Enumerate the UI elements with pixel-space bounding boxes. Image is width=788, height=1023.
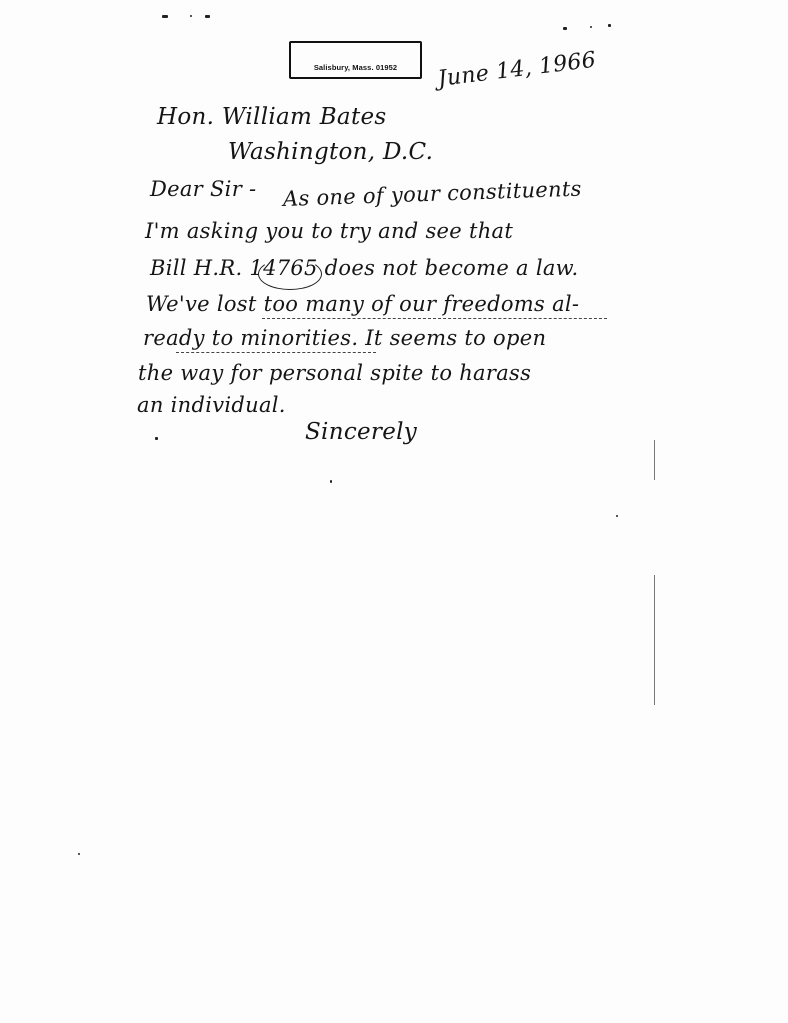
scan-fold-line: [654, 575, 655, 705]
scan-mark: [190, 15, 192, 17]
minorities-underline: [176, 352, 376, 353]
letter-date: June 14, 1966: [436, 48, 597, 92]
body-line: As one of your constituents: [283, 177, 582, 211]
return-address-stamp: Salisbury, Mass. 01952: [289, 41, 422, 79]
scan-fold-line: [654, 440, 655, 480]
bill-number-circle: [258, 258, 322, 290]
salutation: Dear Sir -: [150, 177, 256, 201]
stamp-text: Salisbury, Mass. 01952: [291, 63, 420, 72]
recipient-location: Washington, D.C.: [228, 139, 433, 165]
scan-mark: [155, 437, 158, 440]
body-line: an individual.: [137, 393, 286, 417]
scan-mark: [616, 515, 618, 517]
scan-mark: [330, 480, 332, 483]
body-line: ready to minorities. It seems to open: [143, 326, 546, 350]
letter-page: Salisbury, Mass. 01952 June 14, 1966 Hon…: [0, 0, 788, 1023]
freedoms-underline: [262, 318, 607, 319]
closing: Sincerely: [305, 419, 417, 445]
body-line: Bill H.R. 14765 does not become a law.: [150, 256, 578, 280]
body-line: I'm asking you to try and see that: [145, 219, 513, 243]
recipient-name: Hon. William Bates: [157, 104, 387, 130]
scan-mark: [590, 26, 592, 28]
scan-mark: [608, 24, 611, 27]
scan-mark: [162, 15, 168, 18]
scan-mark: [563, 27, 567, 30]
body-line: We've lost too many of our freedoms al-: [146, 292, 579, 316]
scan-mark: [78, 853, 80, 855]
body-line: the way for personal spite to harass: [138, 361, 531, 385]
scan-mark: [205, 15, 210, 18]
